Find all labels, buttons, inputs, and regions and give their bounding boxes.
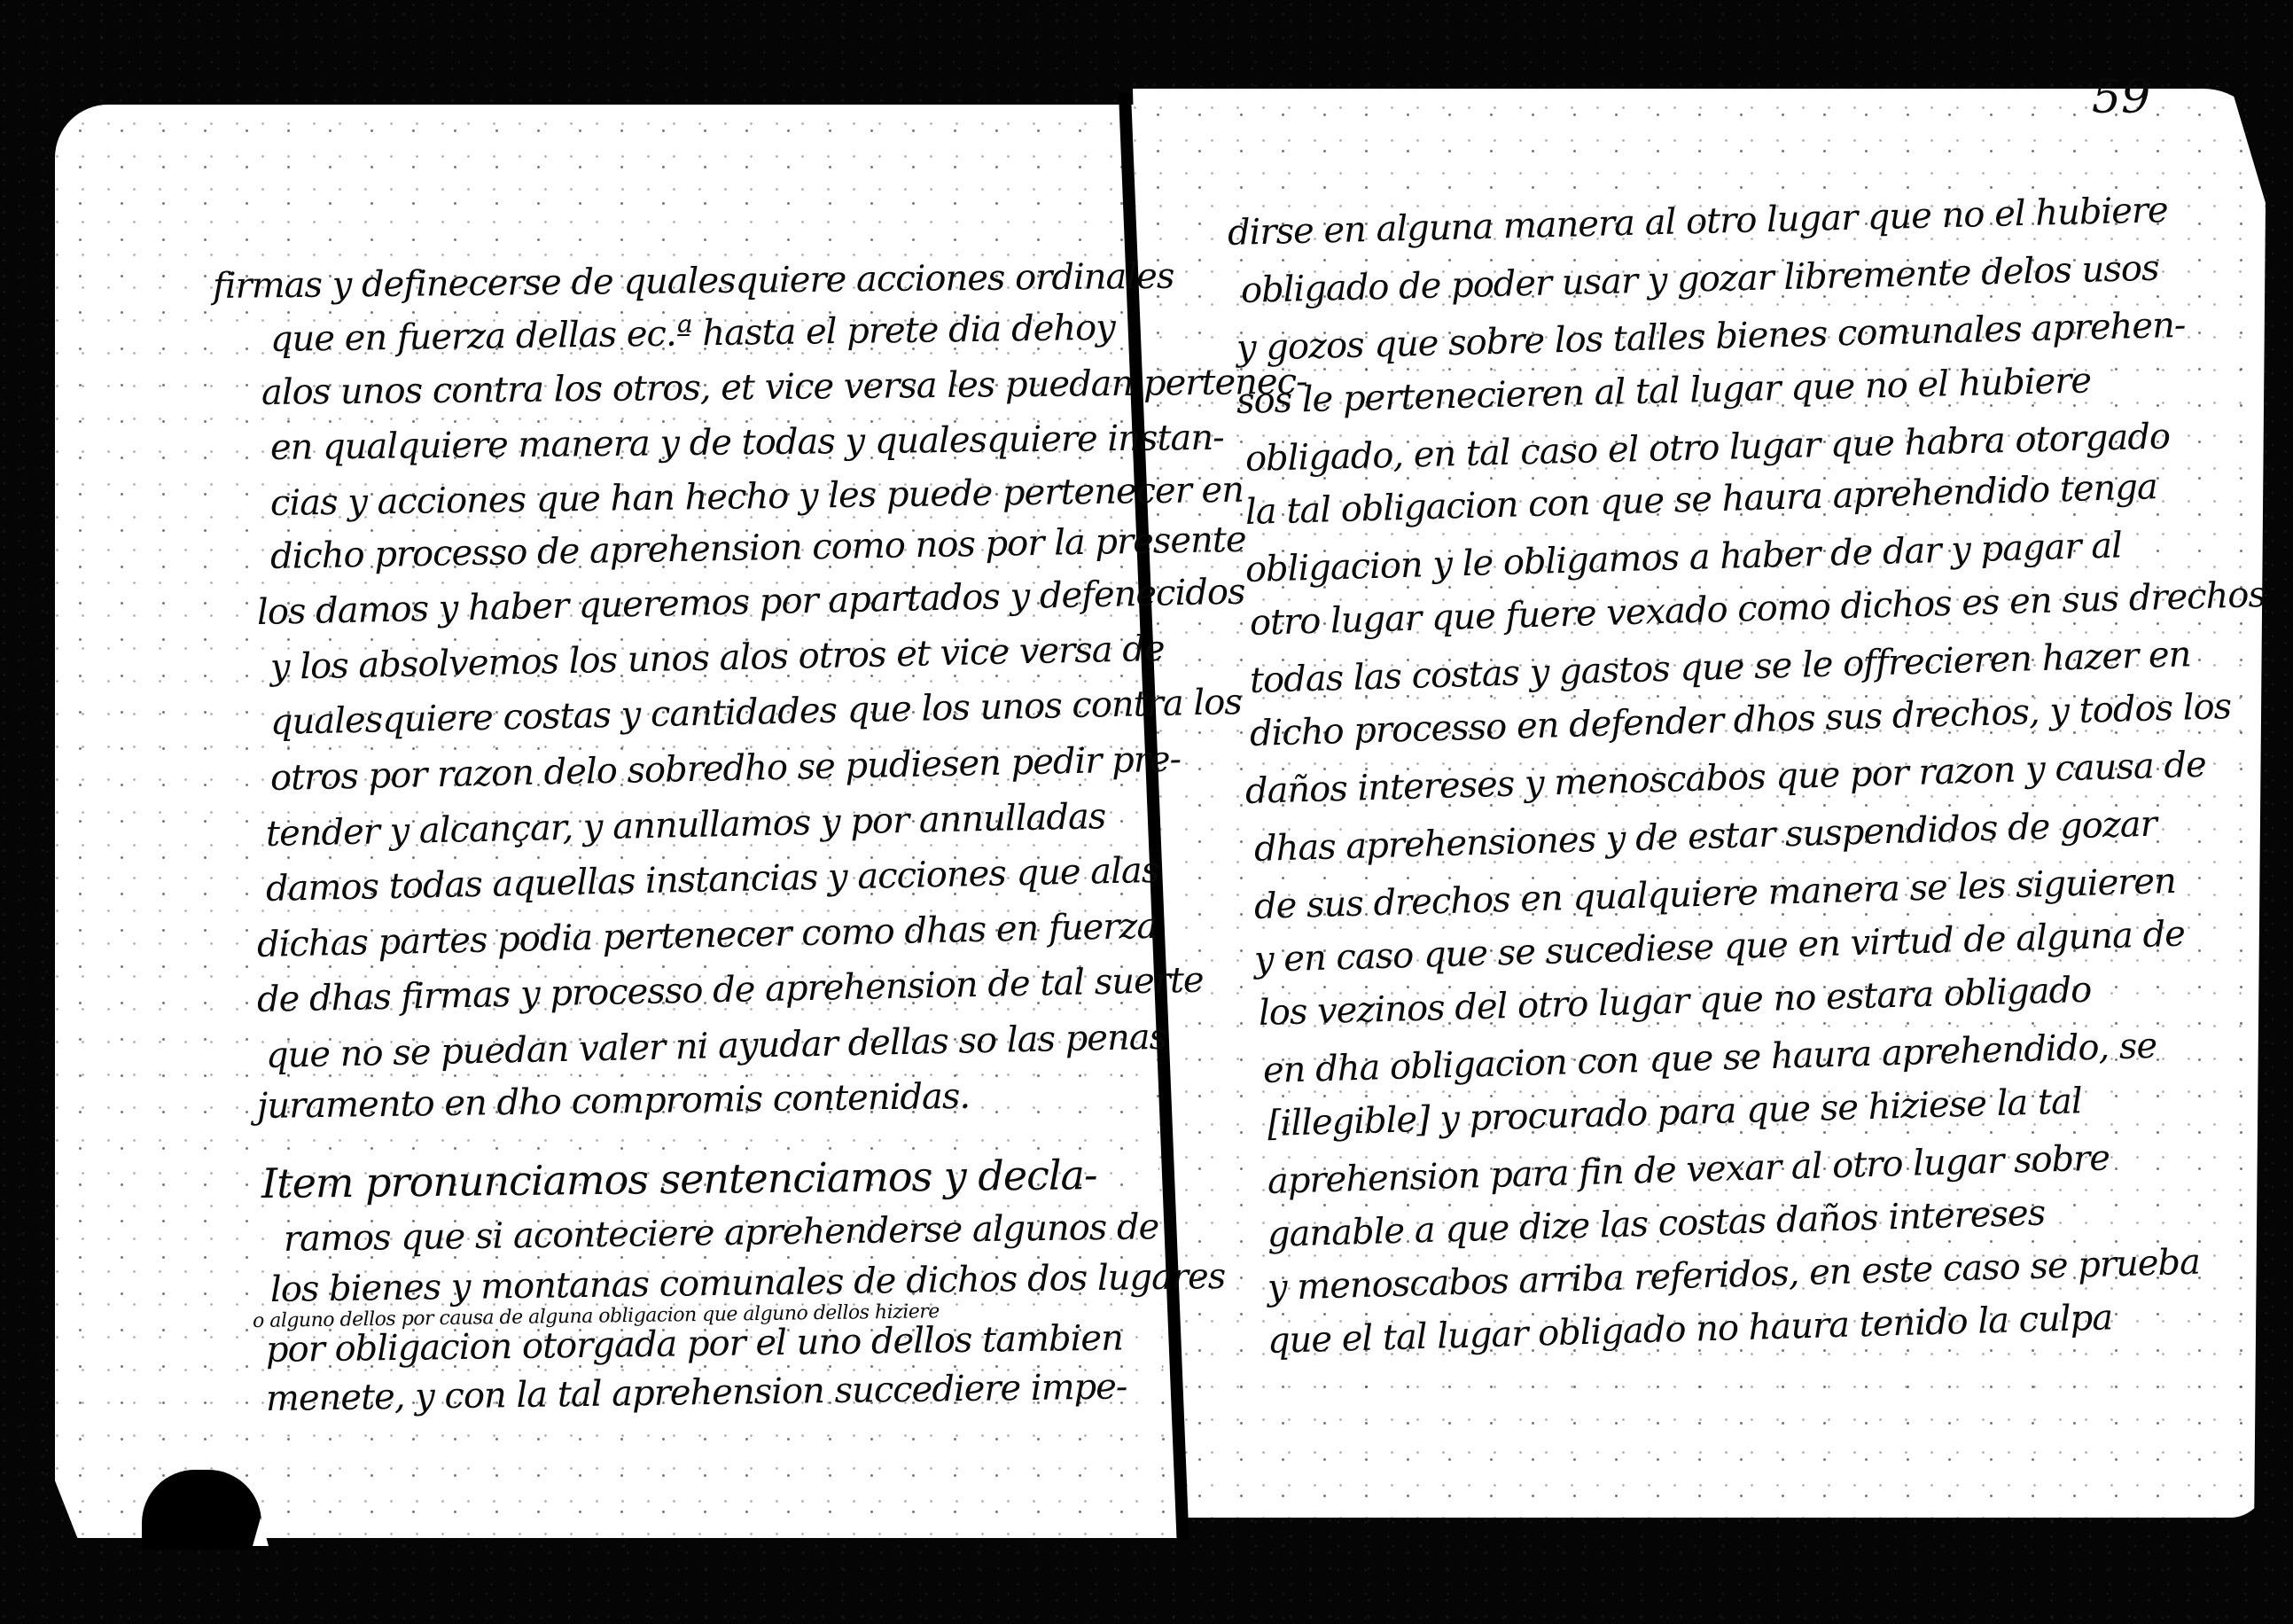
page-number: 59	[2092, 71, 2150, 124]
thumb-highlight	[253, 1518, 269, 1546]
left-line-17: Item pronunciamos sentenciamos y decla-	[261, 1151, 1097, 1207]
